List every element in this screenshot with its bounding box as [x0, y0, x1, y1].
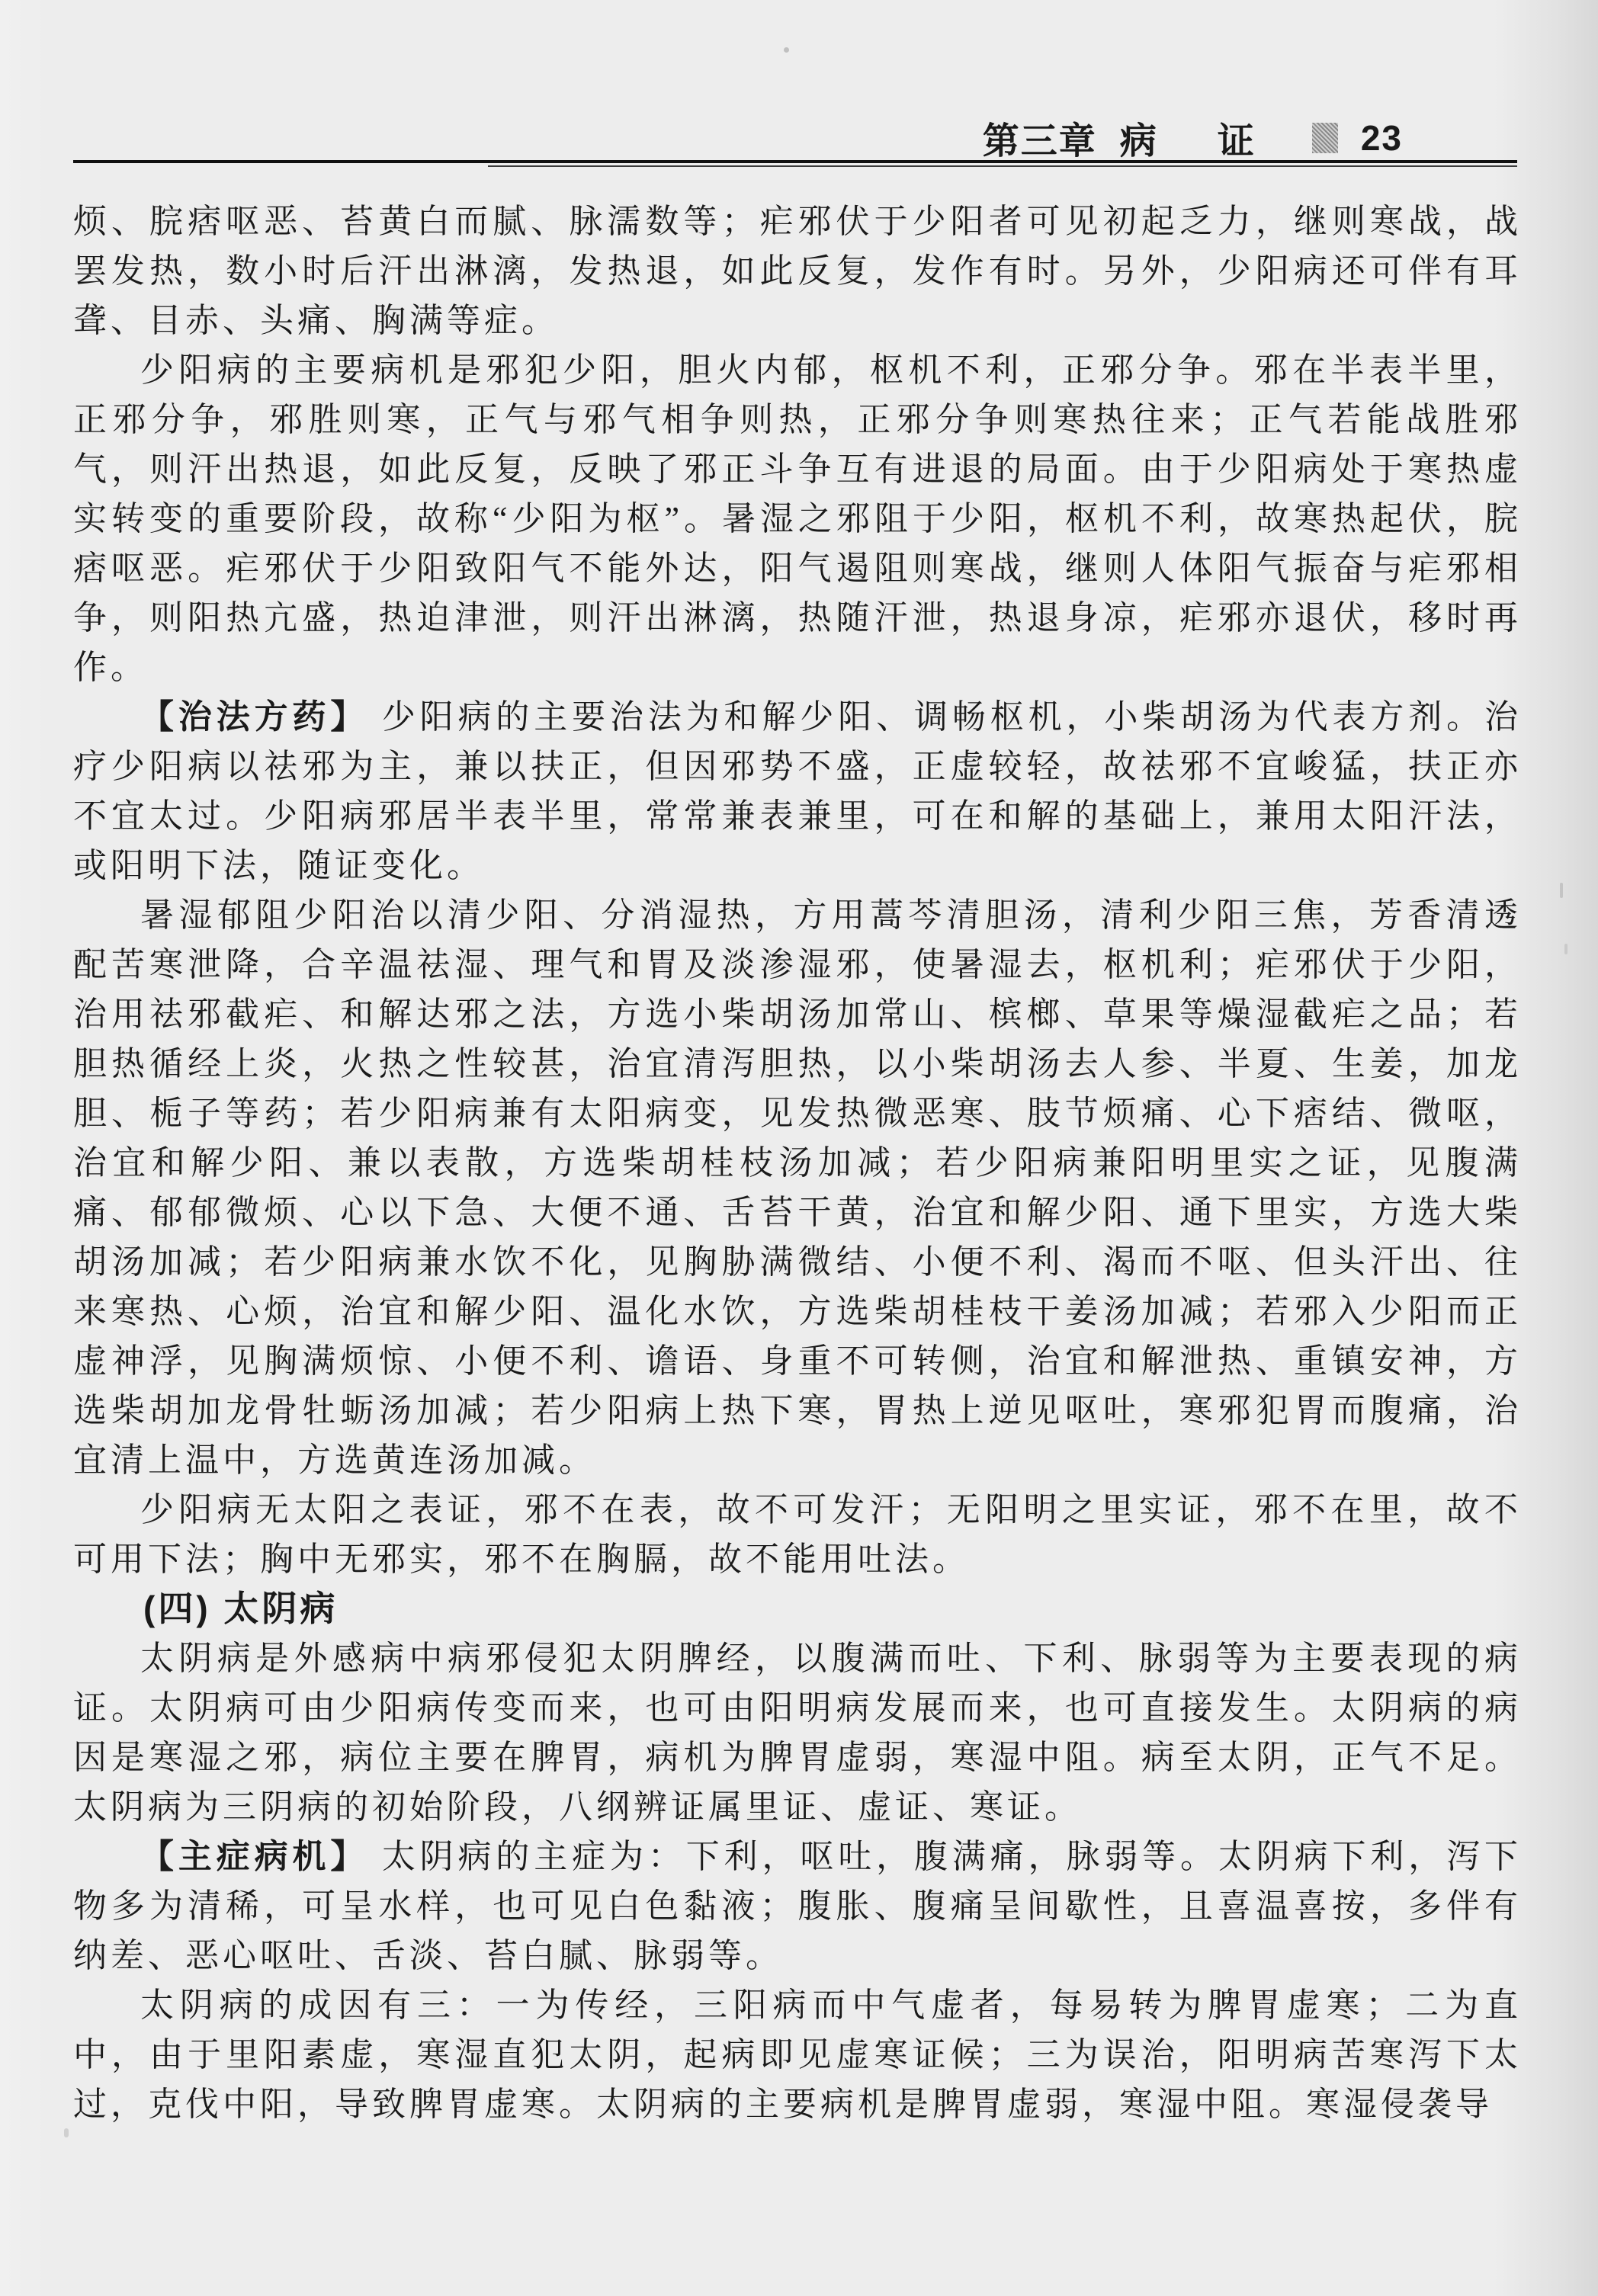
paragraph: 太阴病是外感病中病邪侵犯太阴脾经，以腹满而吐、下利、脉弱等为主要表现的病证。太阴… — [73, 1634, 1522, 1832]
scan-artifact-mark — [64, 2128, 69, 2137]
chapter-label: 第三章 — [983, 111, 1097, 164]
paragraph: 烦、脘痞呕恶、苔黄白而腻、脉濡数等；疟邪伏于少阳者可见初起乏力，继则寒战，战罢发… — [73, 197, 1522, 345]
paragraph: 少阳病无太阳之表证，邪不在表，故不可发汗；无阳明之里实证，邪不在里，故不可用下法… — [73, 1485, 1522, 1584]
header-rule-shadow — [488, 165, 1517, 167]
running-header: 第三章 病 证 23 — [983, 111, 1403, 164]
paragraph: 少阳病的主要病机是邪犯少阳，胆火内郁，枢机不利，正邪分争。邪在半表半里，正邪分争… — [73, 345, 1522, 692]
header-rule — [73, 160, 1517, 163]
section-heading: (四) 太阴病 — [73, 1584, 1522, 1634]
page-body: 烦、脘痞呕恶、苔黄白而腻、脉濡数等；疟邪伏于少阳者可见初起乏力，继则寒战，战罢发… — [73, 197, 1522, 2129]
paragraph-label: 【主症病机】 — [140, 1838, 368, 1875]
paragraph-label: 【治法方药】 — [140, 698, 368, 736]
page-number: 23 — [1361, 117, 1403, 159]
scan-artifact-mark — [1560, 883, 1563, 898]
scan-artifact-mark — [1564, 944, 1568, 954]
book-page-scan: 第三章 病 证 23 烦、脘痞呕恶、苔黄白而腻、脉濡数等；疟邪伏于少阳者可见初起… — [0, 0, 1598, 2296]
halftone-square-icon — [1312, 123, 1338, 153]
paragraph: 【主症病机】太阴病的主症为：下利，呕吐，腹满痛，脉弱等。太阴病下利，泻下物多为清… — [73, 1832, 1522, 1980]
paragraph: 【治法方药】少阳病的主要治法为和解少阳、调畅枢机，小柴胡汤为代表方剂。治疗少阳病… — [73, 692, 1522, 890]
paragraph: 暑湿郁阻少阳治以清少阳、分消湿热，方用蒿芩清胆汤，清利少阳三焦，芳香清透配苦寒泄… — [73, 890, 1522, 1485]
chapter-title-word: 证 — [1218, 111, 1256, 164]
scan-artifact-dot — [784, 47, 789, 53]
chapter-title-word: 病 — [1120, 111, 1158, 164]
paragraph: 太阴病的成因有三：一为传经，三阳病而中气虚者，每易转为脾胃虚寒；二为直中，由于里… — [73, 1980, 1522, 2129]
